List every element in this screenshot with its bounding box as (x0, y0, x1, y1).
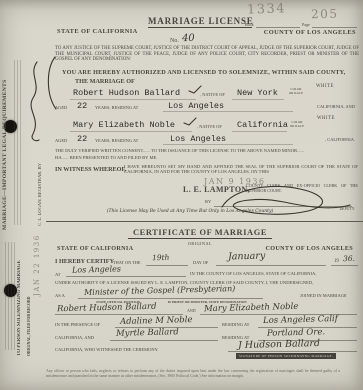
day-of-label: DAY OF (193, 260, 208, 265)
license-number: 40 (182, 33, 195, 44)
groom-race: WHITE (316, 84, 334, 89)
certificate-county: COUNTY OF LOS ANGELES (266, 245, 354, 252)
california-and-label: CALIFORNIA, AND (55, 335, 94, 340)
witness-whereof-text: I HAVE HEREUNTO SET MY HAND AND AFFIXED … (124, 164, 358, 174)
year-prefix: 19 (334, 259, 339, 264)
groom-residence: Los Angeles (168, 101, 224, 111)
certificate-state: STATE OF CALIFORNIA (57, 245, 133, 252)
joined-label: JOINED IN MARRIAGE (300, 293, 347, 298)
groom-name: Robert Hudson Ballard (73, 88, 180, 98)
bride-name: Mary Elizabeth Noble (73, 120, 175, 130)
groom-native-of: New York (237, 88, 278, 98)
registrar-signature (24, 58, 46, 144)
at-label: AT (55, 272, 61, 277)
bride-age: 22 (77, 134, 87, 144)
and-label: AND (187, 308, 196, 313)
marriage-month: January (228, 251, 266, 263)
page-number-stamp: 205 (311, 7, 339, 21)
license-title: MARRIAGE LICENSE (148, 16, 252, 28)
aged-label: AGED (55, 105, 67, 110)
bride-state-suffix: , CALIFORNIA. (325, 137, 355, 142)
certificate-bride-name: Mary Elizabeth Noble (204, 302, 299, 314)
ceremony-line: CALIFORNIA, WHO WITNESSED THE CEREMONY. (55, 347, 158, 352)
addressee-paragraph: TO ANY JUSTICE OF THE SUPREME COURT, JUS… (55, 46, 359, 63)
place-suffix: IN THE COUNTY OF LOS ANGELES, STATE OF C… (190, 271, 316, 276)
margin-original-filed: ORIGINAL, FILED FOR RECORD (27, 258, 31, 356)
witness1-residence: Los Angeles Calif (263, 314, 338, 326)
pen-check-mark (183, 117, 197, 126)
marriage-place: Los Angeles (72, 264, 121, 274)
color-race-label: COLOR OR RACE (289, 121, 305, 128)
authority-line: UNDER AUTHORITY OF A LICENSE ISSUED BY L… (55, 280, 313, 285)
license-no-label: No. (170, 38, 179, 44)
residing-label: YEARS, RESIDING AT (95, 105, 138, 110)
officiant-signature: J Hudson Ballard (238, 338, 320, 351)
bride-native-of: California (237, 120, 288, 130)
scanned-document: MARRIAGE—IMPORTANT LEGAL REQUIREMENTS C.… (0, 0, 363, 390)
consent-line-2: HA...... BEEN PRESENTED TO AND FILED BY … (55, 155, 158, 160)
original-label: ORIGINAL (128, 241, 272, 246)
native-of-label: , NATIVE OF (200, 92, 225, 97)
filed-date-stamp: JAN 22 1936 (33, 224, 41, 296)
license-state: STATE OF CALIFORNIA (57, 28, 138, 35)
certificate-groom-name: Robert Hudson Ballard (57, 302, 157, 315)
marriage-day: 19th (152, 253, 170, 262)
margin-legal-title: MARRIAGE—IMPORTANT LEGAL REQUIREMENTS (2, 58, 8, 230)
native-of-label: , NATIVE OF (197, 124, 222, 129)
authorization-line: YOU ARE HEREBY AUTHORIZED AND LICENSED T… (62, 69, 346, 76)
groom-state-suffix: CALIFORNIA, AND (317, 104, 355, 109)
page-label: Page (302, 22, 310, 27)
residing-at-label: RESIDING AT (222, 322, 249, 327)
witness1-name: Adaline M Noble (120, 315, 193, 327)
section-divider (46, 221, 363, 222)
consent-line-1: THE DULY VERIFIED WRITTEN CONSENT...... … (55, 148, 304, 153)
witness2-name: Myrtle Ballard (116, 327, 179, 339)
margin-solemnizing-title: TO PERSON SOLEMNIZING MARRIAGE (17, 236, 22, 356)
margin-micro-text (5, 242, 15, 350)
color-race-label: COLOR OR RACE (288, 88, 304, 95)
book-label: Book (245, 22, 254, 27)
marriage-year: 36. (343, 254, 355, 263)
signature-label: SIGNATURE OF PERSON SOLEMNIZING MARRIAGE… (236, 353, 336, 359)
usage-note: (This License May Be Used at Any Time Bu… (95, 209, 285, 214)
presence-label: IN THE PRESENCE OF (55, 322, 100, 327)
as-a-label: AS A (55, 293, 65, 298)
marriage-of-label: THE MARRIAGE OF (75, 78, 135, 85)
footer-fine-print: Any officer or person who fails, neglect… (46, 369, 340, 379)
margin-micro-text (14, 60, 23, 225)
aged-label: AGED (55, 138, 67, 143)
bride-residence: Los Angeles (170, 134, 226, 144)
license-county: COUNTY OF LOS ANGELES (264, 29, 356, 36)
pen-bracket-mark (44, 55, 58, 111)
witness-whereof-label: IN WITNESS WHEREOF, (55, 166, 126, 173)
groom-age: 22 (77, 101, 87, 111)
official-position: Minister of the Gospel (Presbyterian) (84, 284, 235, 297)
by-label: BY (205, 199, 211, 204)
residing-label: YEARS, RESIDING AT (95, 138, 138, 143)
bride-race: WHITE (317, 116, 335, 121)
certificate-title: CERTIFICATE OF MARRIAGE (128, 228, 272, 239)
